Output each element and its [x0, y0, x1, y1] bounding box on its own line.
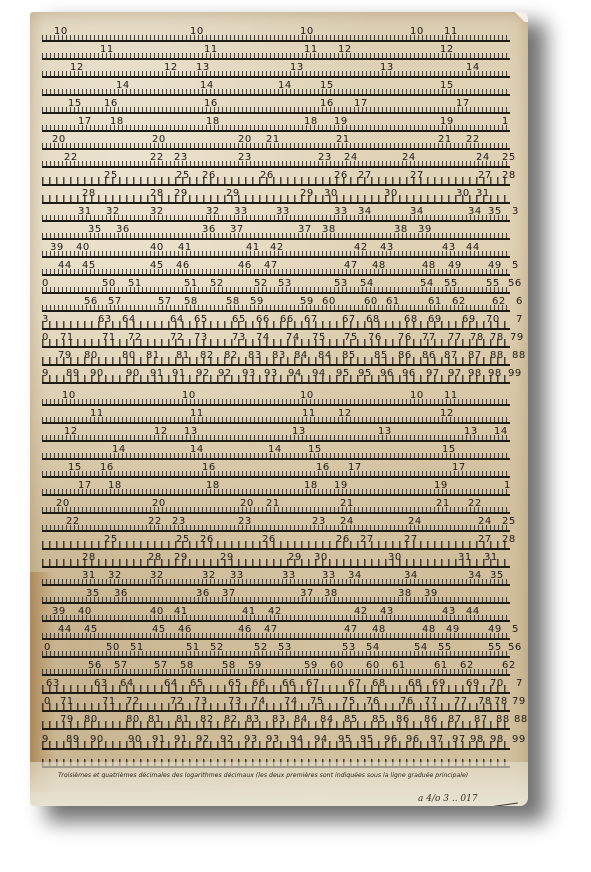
- scale-number-label: 24: [476, 153, 490, 163]
- scale-number-label: 87: [468, 351, 482, 361]
- scale-number-label: 30: [388, 553, 402, 563]
- scale-number-label: 24: [402, 153, 416, 163]
- scale-number-label: 15: [442, 445, 456, 455]
- scale-number-label: 27: [410, 171, 424, 181]
- scale-number-label: 91: [174, 735, 188, 745]
- scale-number-label: 23: [238, 517, 252, 527]
- scale-number-label: 14: [268, 445, 282, 455]
- scale-rule-line: [42, 238, 510, 240]
- scale-number-label: 18: [206, 117, 220, 127]
- scale-number-label: 92: [196, 735, 210, 745]
- scale-number-label: 94: [314, 735, 328, 745]
- scale-number-label: 55: [486, 279, 500, 289]
- scale-number-label: 31: [476, 189, 490, 199]
- scale-number-label: 11: [304, 45, 318, 55]
- scale-number-label: 22: [148, 517, 162, 527]
- scale-number-label: 21: [266, 135, 280, 145]
- scale-number-label: 18: [304, 481, 318, 491]
- scale-number-label: 26: [260, 171, 274, 181]
- scale-number-label: 63: [98, 315, 112, 325]
- scale-number-label: 7: [516, 315, 523, 325]
- scale-number-label: 55: [488, 643, 502, 653]
- scale-rule-line: [42, 476, 510, 478]
- scale-number-label: 85: [374, 351, 388, 361]
- scale-number-label: 48: [422, 261, 436, 271]
- scale-number-label: 83: [272, 715, 286, 725]
- scale-number-label: 73: [194, 697, 208, 707]
- scale-rule-line: [42, 166, 510, 168]
- scale-number-label: 98: [488, 369, 502, 379]
- scale-number-label: 18: [304, 117, 318, 127]
- scale-rule-line: [42, 638, 510, 640]
- scale-number-label: 64: [170, 315, 184, 325]
- scale-number-label: 95: [358, 369, 372, 379]
- scale-number-label: 30: [324, 189, 338, 199]
- scale-number-label: 37: [222, 589, 236, 599]
- scale-number-label: 18: [108, 481, 122, 491]
- scale-number-label: 44: [466, 607, 480, 617]
- scale-number-label: 32: [202, 571, 216, 581]
- scale-number-label: 27: [358, 171, 372, 181]
- scale-number-label: 21: [336, 135, 350, 145]
- scale-row: 151616161717: [42, 100, 510, 114]
- scale-rule-line: [42, 674, 510, 676]
- scale-number-label: 28: [82, 189, 96, 199]
- scale-number-label: 19: [334, 481, 348, 491]
- scale-number-label: 9: [42, 735, 49, 745]
- scale-number-label: 21: [438, 135, 452, 145]
- scale-number-label: 44: [58, 261, 72, 271]
- scale-rule-line: [42, 440, 510, 442]
- scale-number-label: 34: [358, 207, 372, 217]
- scale-number-label: 82: [224, 351, 238, 361]
- scale-number-label: 81: [176, 715, 190, 725]
- scale-number-label: 41: [174, 607, 188, 617]
- scale-number-label: 3: [42, 315, 49, 325]
- scale-number-label: 77: [454, 697, 468, 707]
- scale-number-label: 20: [238, 135, 252, 145]
- scale-number-label: 74: [284, 697, 298, 707]
- scale-number-label: 96: [384, 735, 398, 745]
- scale-number-label: 68: [372, 679, 386, 689]
- scale-number-label: 58: [222, 661, 236, 671]
- scale-number-label: 97: [448, 369, 462, 379]
- scale-number-label: 43: [380, 607, 394, 617]
- scale-number-label: 90: [90, 369, 104, 379]
- scale-number-label: 37: [300, 589, 314, 599]
- scale-number-label: 30: [314, 553, 328, 563]
- scale-number-label: 97: [430, 735, 444, 745]
- scale-row: 6363646465656666676768686969707: [42, 680, 510, 694]
- scale-number-label: 37: [298, 225, 312, 235]
- scale-number-label: 14: [112, 445, 126, 455]
- scale-number-label: 67: [306, 679, 320, 689]
- scale-number-label: 13: [378, 427, 392, 437]
- scale-number-label: 59: [304, 661, 318, 671]
- scale-number-label: 57: [108, 297, 122, 307]
- scale-number-label: 13: [380, 63, 394, 73]
- scale-number-label: 17: [456, 99, 470, 109]
- scale-row: 07171727273737474757576767777787879: [42, 698, 510, 712]
- scale-number-label: 87: [448, 715, 462, 725]
- scale-number-label: 24: [408, 517, 422, 527]
- scale-number-label: 79: [58, 351, 72, 361]
- scale-number-label: 66: [280, 315, 294, 325]
- scale-number-label: 15: [68, 99, 82, 109]
- scale-number-label: 57: [114, 661, 128, 671]
- scale-rule-line: [42, 292, 510, 294]
- scale-row: 3536363737383839: [42, 226, 510, 240]
- scale-number-label: 88: [490, 351, 504, 361]
- scale-number-label: 28: [148, 553, 162, 563]
- scale-number-label: 54: [420, 279, 434, 289]
- scale-number-label: 34: [468, 207, 482, 217]
- scale-number-label: 50: [106, 643, 120, 653]
- scale-number-label: 57: [158, 297, 172, 307]
- scale-row: 79808081818282838384848585868687878888: [42, 352, 510, 366]
- scale-number-label: 20: [52, 135, 66, 145]
- scale-number-label: 63: [94, 679, 108, 689]
- scale-rule-line: [42, 620, 510, 622]
- scale-number-label: 48: [372, 625, 386, 635]
- scale-number-label: 49: [448, 261, 462, 271]
- scale-number-label: 14: [466, 63, 480, 73]
- scale-number-label: 87: [444, 351, 458, 361]
- scale-number-label: 62: [492, 297, 506, 307]
- scale-rule-line: [42, 148, 510, 150]
- scale-number-label: 14: [494, 427, 508, 437]
- scale-number-label: 41: [178, 243, 192, 253]
- scale-number-label: 84: [294, 351, 308, 361]
- scale-number-label: 26: [262, 535, 276, 545]
- scale-rule-line: [42, 328, 510, 330]
- scale-number-label: 24: [340, 517, 354, 527]
- scale-row: 20202021212122: [42, 136, 510, 150]
- scale-rule-line: [42, 728, 510, 730]
- scale-number-label: 74: [252, 697, 266, 707]
- scale-number-label: 45: [84, 625, 98, 635]
- scale-number-label: 56: [508, 643, 522, 653]
- scale-number-label: 49: [488, 625, 502, 635]
- scale-number-label: 30: [384, 189, 398, 199]
- scale-number-label: 21: [340, 499, 354, 509]
- scale-number-label: 51: [128, 279, 142, 289]
- scale-number-label: 12: [440, 409, 454, 419]
- scale-number-label: 43: [442, 243, 456, 253]
- scale-number-label: 46: [238, 261, 252, 271]
- scale-row: 252526262627272728: [42, 536, 510, 550]
- scale-number-label: 13: [464, 427, 478, 437]
- scale-number-label: 20: [56, 499, 70, 509]
- scale-number-label: 82: [200, 351, 214, 361]
- scale-number-label: 38: [398, 589, 412, 599]
- scale-number-label: 16: [202, 463, 216, 473]
- scale-number-label: 98: [470, 735, 484, 745]
- scale-number-label: 25: [176, 535, 190, 545]
- scale-rule-line: [42, 530, 510, 532]
- scale-number-label: 66: [256, 315, 270, 325]
- scale-number-label: 27: [478, 535, 492, 545]
- scale-number-label: 86: [396, 715, 410, 725]
- scale-number-label: 18: [110, 117, 124, 127]
- scale-number-label: 70: [486, 315, 500, 325]
- scale-number-label: 18: [206, 481, 220, 491]
- scale-number-label: 32: [150, 571, 164, 581]
- scale-row: 20202021212122: [42, 500, 510, 514]
- scale-number-label: 36: [116, 225, 130, 235]
- scale-number-label: 46: [238, 625, 252, 635]
- scale-number-label: 79: [60, 715, 74, 725]
- scale-number-label: 28: [150, 189, 164, 199]
- scale-rule-line: [42, 458, 510, 460]
- scale-number-label: 17: [348, 463, 362, 473]
- scale-number-label: 35: [88, 225, 102, 235]
- scale-number-label: 72: [170, 333, 184, 343]
- scale-number-label: 86: [422, 351, 436, 361]
- scale-number-label: 33: [322, 571, 336, 581]
- scale-number-label: 80: [122, 351, 136, 361]
- scale-number-label: 11: [302, 409, 316, 419]
- scale-number-label: 67: [342, 315, 356, 325]
- scale-row: 282829292930303131: [42, 554, 510, 568]
- scale-number-label: 35: [490, 571, 504, 581]
- scale-number-label: 32: [206, 207, 220, 217]
- scale-number-label: 61: [392, 661, 406, 671]
- scale-number-label: 47: [264, 625, 278, 635]
- scale-rule-line: [42, 656, 510, 658]
- scale-number-label: 51: [184, 279, 198, 289]
- scale-number-label: 96: [380, 369, 394, 379]
- scale-number-label: 69: [466, 679, 480, 689]
- scale-number-label: 60: [322, 297, 336, 307]
- scale-number-label: 73: [228, 697, 242, 707]
- scale-number-label: 52: [210, 643, 224, 653]
- scale-number-label: 84: [294, 715, 308, 725]
- scale-number-label: 69: [462, 315, 476, 325]
- scale-number-label: 29: [300, 189, 314, 199]
- scale-row: 9899090919192929393949495959696979798989…: [42, 736, 510, 750]
- scale-number-label: 14: [200, 81, 214, 91]
- scale-number-label: 0: [42, 333, 49, 343]
- scale-number-label: 12: [440, 45, 454, 55]
- scale-number-label: 39: [418, 225, 432, 235]
- scale-number-label: 91: [152, 735, 166, 745]
- scale-number-label: 60: [330, 661, 344, 671]
- scale-number-label: 38: [394, 225, 408, 235]
- scale-number-label: 38: [322, 225, 336, 235]
- scale-row: 222223232324242425: [42, 154, 510, 168]
- scale-row: 121213131314: [42, 64, 510, 78]
- scale-row: 282829292930303031: [42, 190, 510, 204]
- scale-number-label: 44: [466, 243, 480, 253]
- scale-row: 07171727273737474757576767777787879: [42, 334, 510, 348]
- scale-number-label: 23: [174, 153, 188, 163]
- scale-number-label: 47: [344, 261, 358, 271]
- scale-number-label: 12: [70, 63, 84, 73]
- scale-number-label: 1: [504, 481, 511, 491]
- scale-number-label: 22: [150, 153, 164, 163]
- scale-number-label: 33: [230, 571, 244, 581]
- scale-number-label: 62: [502, 661, 516, 671]
- scale-number-label: 11: [204, 45, 218, 55]
- scale-number-label: 16: [316, 463, 330, 473]
- scale-number-label: 53: [278, 643, 292, 653]
- scale-number-label: 76: [398, 333, 412, 343]
- scale-number-label: 68: [366, 315, 380, 325]
- scale-number-label: 26: [202, 171, 216, 181]
- scale-number-label: 21: [266, 499, 280, 509]
- scale-number-label: 0: [42, 279, 49, 289]
- scale-number-label: 54: [366, 643, 380, 653]
- scale-number-label: 19: [434, 481, 448, 491]
- scale-number-label: 45: [82, 261, 96, 271]
- scale-number-label: 78: [470, 333, 484, 343]
- scale-number-label: 10: [410, 391, 424, 401]
- scale-number-label: 72: [126, 697, 140, 707]
- scale-number-label: 11: [444, 391, 458, 401]
- scale-number-label: 17: [78, 117, 92, 127]
- scale-number-label: 83: [248, 351, 262, 361]
- scale-rule-line: [42, 184, 510, 186]
- scale-row: 1111111212: [42, 410, 510, 424]
- scale-number-label: 67: [348, 679, 362, 689]
- scale-number-label: 36: [114, 589, 128, 599]
- scale-number-label: 25: [502, 517, 516, 527]
- scale-number-label: 85: [372, 715, 386, 725]
- scale-number-label: 53: [278, 279, 292, 289]
- scale-row: 3132323233333334343435: [42, 572, 510, 586]
- scale-row: 1010101011: [42, 392, 510, 406]
- scale-number-label: 80: [84, 351, 98, 361]
- scale-number-label: 86: [424, 715, 438, 725]
- scale-number-label: 23: [312, 517, 326, 527]
- scale-number-label: 40: [78, 607, 92, 617]
- scale-number-label: 0: [44, 643, 51, 653]
- scale-rule-line: [42, 422, 510, 424]
- scale-rule-line: [42, 76, 510, 78]
- handwritten-signature: a 4/o 3 .. 017: [418, 794, 478, 804]
- scale-rule-line: [42, 202, 510, 204]
- scale-number-label: 23: [172, 517, 186, 527]
- scale-number-label: 23: [238, 153, 252, 163]
- scale-rule-line: [42, 382, 510, 384]
- scale-number-label: 13: [184, 427, 198, 437]
- scale-number-label: 90: [90, 735, 104, 745]
- scale-number-label: 74: [256, 333, 270, 343]
- scale-number-label: 69: [428, 315, 442, 325]
- scale-number-label: 90: [126, 369, 140, 379]
- scale-number-label: 85: [342, 351, 356, 361]
- scale-rule-line: [42, 112, 510, 114]
- scale-number-label: 7: [516, 679, 523, 689]
- scale-number-label: 42: [270, 243, 284, 253]
- scale-number-label: 56: [84, 297, 98, 307]
- scale-row: 3536363737383839: [42, 590, 510, 604]
- scale-number-label: 10: [300, 391, 314, 401]
- scale-rule-line: [42, 404, 510, 406]
- scale-number-label: 96: [406, 735, 420, 745]
- scale-number-label: 92: [220, 735, 234, 745]
- scale-number-label: 94: [288, 369, 302, 379]
- scale-row: 1718181819191: [42, 118, 510, 132]
- scale-number-label: 5: [512, 625, 519, 635]
- scale-number-label: 80: [84, 715, 98, 725]
- scale-number-label: 97: [452, 735, 466, 745]
- scale-rule-line: [42, 602, 510, 604]
- scale-number-label: 89: [66, 369, 80, 379]
- scale-number-label: 42: [354, 243, 368, 253]
- scale-number-label: 41: [246, 243, 260, 253]
- scale-number-label: 12: [164, 63, 178, 73]
- scale-ticks: [42, 559, 510, 566]
- scale-number-label: 16: [100, 463, 114, 473]
- scale-row: 363646465656666676768686969707: [42, 316, 510, 330]
- sheet-caption: Troisièmes et quatrièmes décimales des l…: [58, 772, 468, 779]
- scale-number-label: 34: [468, 571, 482, 581]
- scale-number-label: 59: [300, 297, 314, 307]
- scale-number-label: 24: [344, 153, 358, 163]
- scale-number-label: 10: [190, 27, 204, 37]
- scale-number-label: 28: [502, 171, 516, 181]
- scale-number-label: 44: [58, 625, 72, 635]
- scale-number-label: 23: [318, 153, 332, 163]
- scale-number-label: 1: [502, 117, 509, 127]
- scale-number-label: 61: [428, 297, 442, 307]
- scale-number-label: 16: [204, 99, 218, 109]
- scale-number-label: 29: [220, 553, 234, 563]
- scale-number-label: 11: [90, 409, 104, 419]
- scale-number-label: 48: [422, 625, 436, 635]
- scale-number-label: 68: [404, 315, 418, 325]
- scale-number-label: 73: [232, 333, 246, 343]
- scale-number-label: 90: [128, 735, 142, 745]
- scale-number-label: 29: [174, 553, 188, 563]
- scale-number-label: 64: [164, 679, 178, 689]
- scale-number-label: 57: [154, 661, 168, 671]
- scale-number-label: 60: [366, 661, 380, 671]
- scale-rule-line: [42, 710, 510, 712]
- scale-number-label: 39: [52, 607, 66, 617]
- scale-number-label: 71: [102, 333, 116, 343]
- scale-rule-line: [42, 566, 510, 568]
- scale-row: 12121313131314: [42, 428, 510, 442]
- scale-number-label: 10: [54, 27, 68, 37]
- scale-number-label: 49: [446, 625, 460, 635]
- scale-number-label: 34: [404, 571, 418, 581]
- scale-number-label: 52: [210, 279, 224, 289]
- scale-number-label: 47: [344, 625, 358, 635]
- scale-number-label: 63: [46, 679, 60, 689]
- scale-row: 0505151525253535454555556: [42, 280, 510, 294]
- scale-number-label: 85: [344, 715, 358, 725]
- scale-number-label: 16: [104, 99, 118, 109]
- scale-number-label: 64: [120, 679, 134, 689]
- scale-number-label: 43: [442, 607, 456, 617]
- scale-number-label: 75: [344, 333, 358, 343]
- scale-number-label: 78: [478, 697, 492, 707]
- scale-number-label: 95: [338, 735, 352, 745]
- scale-number-label: 36: [202, 225, 216, 235]
- scale-number-label: 46: [176, 261, 190, 271]
- scale-row: 79808081818282838384848585868687878888: [42, 716, 510, 730]
- scale-number-label: 54: [414, 643, 428, 653]
- scale-row: 565757585859596060616162626: [42, 298, 510, 312]
- scale-number-label: 40: [150, 607, 164, 617]
- scale-number-label: 53: [342, 643, 356, 653]
- scale-row: 252526262627272728: [42, 172, 510, 186]
- scale-number-label: 13: [290, 63, 304, 73]
- scale-number-label: 89: [66, 735, 80, 745]
